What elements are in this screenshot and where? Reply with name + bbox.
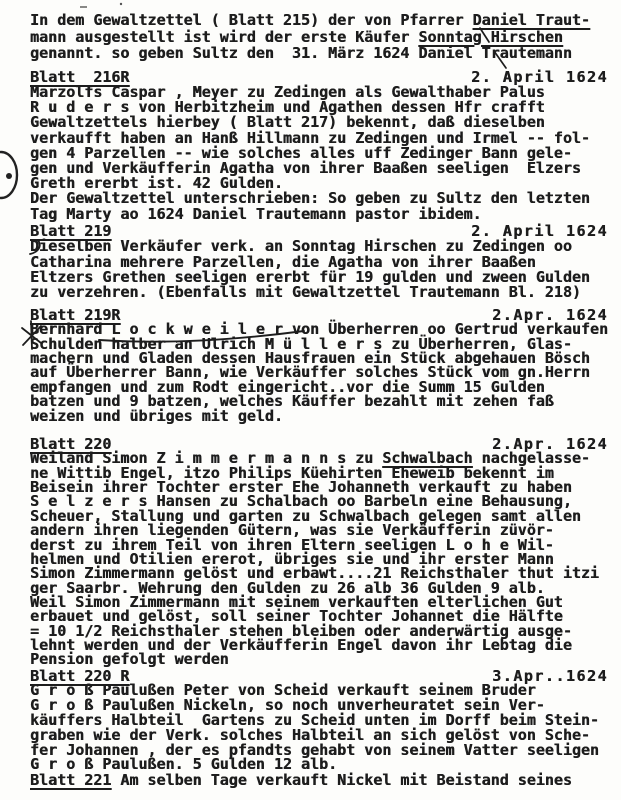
text-line: Pension gefolgt werden [30, 652, 608, 666]
text-line: genannt. so geben Sultz den 31. März 162… [30, 45, 608, 62]
text-line: mann ausgestellt ist wird der erste Käuf… [30, 29, 608, 46]
paragraph-blatt-220: Blatt 2202.Apr. 1624Weiland Simon Z i m … [30, 437, 608, 667]
text-line: In dem Gewaltzettel ( Blatt 215) der von… [30, 12, 608, 29]
text-line: Tag Marty ao 1624 Daniel Trautemann past… [30, 207, 608, 222]
document-page: In dem Gewaltzettel ( Blatt 215) der von… [0, 0, 621, 800]
paragraph-blatt-221: Blatt 221 Am selben Tage verkauft Nickel… [30, 772, 608, 788]
paragraph-blatt-219r: Blatt 219R2.Apr. 1624Bernhard L o c k w … [30, 308, 608, 423]
paragraph-blatt-220r: Blatt 220 R3.Apr..1624G r o ß Paulußen P… [30, 669, 608, 773]
text-line: G r o ß Paulußen. 5 Gulden 12 alb. [30, 757, 608, 772]
paragraph-blatt-219: Blatt 2192. April 1624Dieselben Verkäufe… [30, 224, 608, 301]
paragraph-intro: In dem Gewaltzettel ( Blatt 215) der von… [30, 12, 608, 62]
text-line: zu verzehren. (Ebenfalls mit Gewaltzette… [30, 285, 608, 300]
document-text: In dem Gewaltzettel ( Blatt 215) der von… [30, 12, 608, 788]
paragraph-blatt-216r: Blatt 216R2. April 1624Marzolfs Caspar ,… [30, 70, 608, 222]
text-line: weizen und übriges mit geld. [30, 409, 608, 423]
text-line: Blatt 221 Am selben Tage verkauft Nickel… [30, 772, 608, 788]
paper-speck [120, 3, 122, 5]
circled-dot-margin-mark [0, 152, 17, 198]
